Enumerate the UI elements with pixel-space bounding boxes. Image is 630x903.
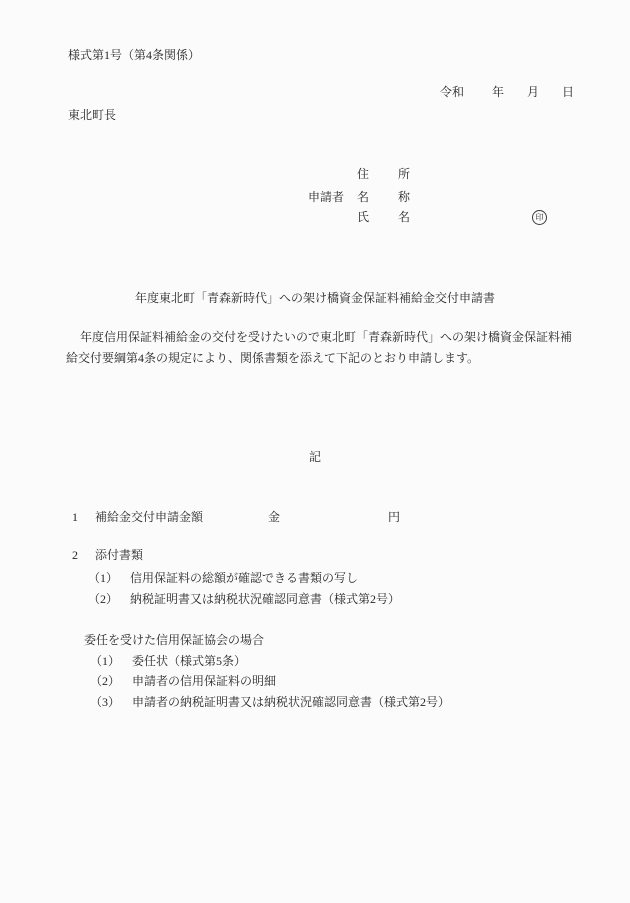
application-form-document: 様式第1号（第4条関係） 令和年月日 東北町長 住 所 申請者 名 称 氏 名 …	[0, 0, 630, 903]
date-era: 令和	[440, 85, 464, 99]
applicant-person-label-1: 氏	[357, 210, 369, 224]
applicant-label: 申請者	[308, 190, 344, 204]
applicant-name-label-1: 名	[357, 190, 369, 204]
addressee: 東北町長	[68, 108, 116, 122]
seal-mark-icon: 印	[532, 210, 547, 225]
item1-label: 補給金交付申請金額	[95, 510, 203, 524]
attachment-1-text: 信用保証料の総額が確認できる書類の写し	[130, 571, 358, 585]
delegation-3-text: 申請者の納税証明書又は納税状況確認同意書（様式第2号）	[132, 695, 450, 709]
item1-number: 1	[72, 510, 78, 524]
ki-marker: 記	[0, 450, 630, 464]
item1-yen-label: 円	[388, 510, 400, 524]
body-paragraph-line1: 年度信用保証料補給金の交付を受けたいので東北町「青森新時代」への架け橋資金保証料…	[80, 330, 572, 344]
applicant-address-label-1: 住	[357, 167, 369, 181]
date-day-label: 日	[562, 85, 574, 99]
date-year-label: 年	[492, 85, 504, 99]
delegation-2-text: 申請者の信用保証料の明細	[132, 674, 276, 688]
date-month-label: 月	[527, 85, 539, 99]
attachment-1-number: （1）	[88, 571, 118, 585]
attachment-2-text: 納税証明書又は納税状況確認同意書（様式第2号）	[130, 592, 400, 606]
delegation-1-text: 委任状（様式第5条）	[132, 654, 246, 668]
delegation-3-number: （3）	[90, 695, 120, 709]
item2-number: 2	[72, 548, 78, 562]
applicant-name-label-2: 称	[398, 190, 410, 204]
item1-kin-label: 金	[268, 510, 280, 524]
applicant-person-label-2: 名	[398, 210, 410, 224]
form-number: 様式第1号（第4条関係）	[68, 48, 200, 62]
document-title: 年度東北町「青森新時代」への架け橋資金保証料補給金交付申請書	[0, 291, 630, 305]
delegation-2-number: （2）	[90, 674, 120, 688]
attachment-2-number: （2）	[88, 592, 118, 606]
date-line: 令和年月日	[428, 71, 574, 113]
applicant-address-label-2: 所	[398, 167, 410, 181]
delegation-1-number: （1）	[90, 654, 120, 668]
item2-label: 添付書類	[95, 548, 143, 562]
body-paragraph-line2: 給交付要綱第4条の規定により、関係書類を添えて下記のとおり申請します。	[66, 351, 479, 365]
delegation-heading: 委任を受けた信用保証協会の場合	[84, 633, 264, 647]
